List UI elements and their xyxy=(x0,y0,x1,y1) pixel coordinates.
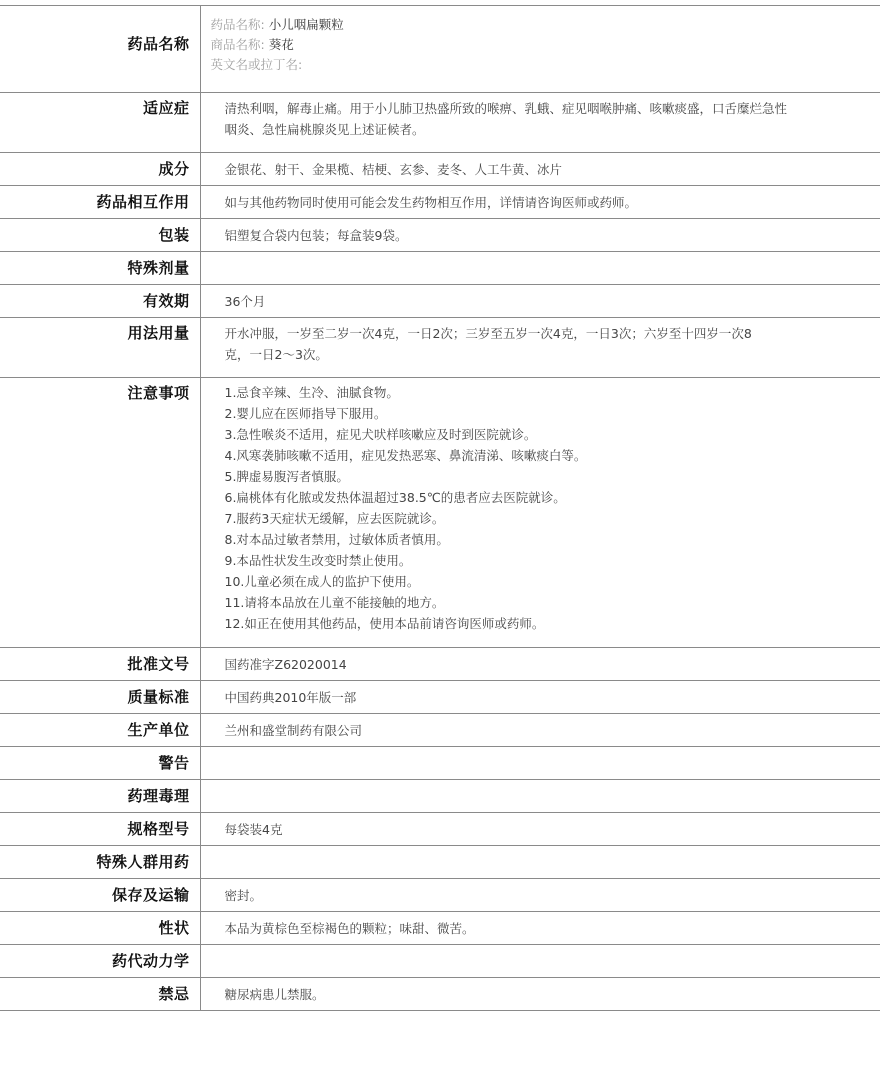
value-interactions: 如与其他药物同时使用可能会发生药物相互作用，详情请咨询医师或药师。 xyxy=(200,186,880,219)
label-indications: 适应症 xyxy=(0,93,200,153)
label-shelf-life: 有效期 xyxy=(0,285,200,318)
label-pharmacology-toxicology: 药理毒理 xyxy=(0,780,200,813)
label-ingredients: 成分 xyxy=(0,153,200,186)
trade-name-value: 葵花 xyxy=(269,37,294,52)
value-ingredients: 金银花、射干、金果榄、桔梗、玄参、麦冬、人工牛黄、冰片 xyxy=(200,153,880,186)
precaution-item: 11.请将本品放在儿童不能接触的地方。 xyxy=(225,592,791,613)
row-description: 性状 本品为黄棕色至棕褐色的颗粒；味甜、微苦。 xyxy=(0,912,880,945)
row-special-populations: 特殊人群用药 xyxy=(0,846,880,879)
row-approval-number: 批准文号 国药准字Z62020014 xyxy=(0,648,880,681)
english-name-key: 英文名或拉丁名: xyxy=(211,57,303,72)
precaution-item: 2.婴儿应在医师指导下服用。 xyxy=(225,403,791,424)
row-contraindications: 禁忌 糖尿病患儿禁服。 xyxy=(0,978,880,1011)
value-approval-number: 国药准字Z62020014 xyxy=(200,648,880,681)
precaution-item: 4.风寒袭肺咳嗽不适用，症见发热恶寒、鼻流清涕、咳嗽痰白等。 xyxy=(225,445,791,466)
value-description: 本品为黄棕色至棕褐色的颗粒；味甜、微苦。 xyxy=(200,912,880,945)
drug-spec-table: 药品名称 药品名称: 小儿咽扁颗粒 商品名称: 葵花 英文名或拉丁名: 适应症 … xyxy=(0,5,880,1011)
row-shelf-life: 有效期 36个月 xyxy=(0,285,880,318)
label-approval-number: 批准文号 xyxy=(0,648,200,681)
row-pharmacology-toxicology: 药理毒理 xyxy=(0,780,880,813)
precaution-item: 12.如正在使用其他药品，使用本品前请咨询医师或药师。 xyxy=(225,613,791,634)
value-manufacturer: 兰州和盛堂制药有限公司 xyxy=(200,714,880,747)
value-packaging: 铝塑复合袋内包装；每盒装9袋。 xyxy=(200,219,880,252)
precaution-item: 6.扁桃体有化脓或发热体温超过38.5℃的患者应去医院就诊。 xyxy=(225,487,791,508)
value-special-populations xyxy=(200,846,880,879)
value-specification: 每袋装4克 xyxy=(200,813,880,846)
precaution-item: 9.本品性状发生改变时禁止使用。 xyxy=(225,550,791,571)
precaution-item: 7.服药3天症状无缓解，应去医院就诊。 xyxy=(225,508,791,529)
value-warning xyxy=(200,747,880,780)
label-description: 性状 xyxy=(0,912,200,945)
label-drug-name: 药品名称 xyxy=(0,6,200,93)
value-drug-name: 药品名称: 小儿咽扁颗粒 商品名称: 葵花 英文名或拉丁名: xyxy=(200,6,880,93)
value-shelf-life: 36个月 xyxy=(200,285,880,318)
label-specification: 规格型号 xyxy=(0,813,200,846)
generic-name-key: 药品名称: xyxy=(211,17,265,32)
row-quality-standard: 质量标准 中国药典2010年版一部 xyxy=(0,681,880,714)
row-precautions: 注意事项 1.忌食辛辣、生冷、油腻食物。 2.婴儿应在医师指导下服用。 3.急性… xyxy=(0,378,880,648)
precautions-list: 1.忌食辛辣、生冷、油腻食物。 2.婴儿应在医师指导下服用。 3.急性喉炎不适用… xyxy=(225,382,791,634)
generic-name-line: 药品名称: 小儿咽扁颗粒 xyxy=(211,15,791,35)
label-contraindications: 禁忌 xyxy=(0,978,200,1011)
value-pharmacokinetics xyxy=(200,945,880,978)
row-interactions: 药品相互作用 如与其他药物同时使用可能会发生药物相互作用，详情请咨询医师或药师。 xyxy=(0,186,880,219)
precaution-item: 3.急性喉炎不适用，症见犬吠样咳嗽应及时到医院就诊。 xyxy=(225,424,791,445)
row-ingredients: 成分 金银花、射干、金果榄、桔梗、玄参、麦冬、人工牛黄、冰片 xyxy=(0,153,880,186)
trade-name-line: 商品名称: 葵花 xyxy=(211,35,791,55)
row-special-dosage: 特殊剂量 xyxy=(0,252,880,285)
value-storage-transport: 密封。 xyxy=(200,879,880,912)
value-contraindications: 糖尿病患儿禁服。 xyxy=(200,978,880,1011)
row-indications: 适应症 清热利咽，解毒止痛。用于小儿肺卫热盛所致的喉痹、乳蛾、症见咽喉肿痛、咳嗽… xyxy=(0,93,880,153)
value-indications: 清热利咽，解毒止痛。用于小儿肺卫热盛所致的喉痹、乳蛾、症见咽喉肿痛、咳嗽痰盛，口… xyxy=(200,93,880,153)
english-name-line: 英文名或拉丁名: xyxy=(211,55,791,75)
label-packaging: 包装 xyxy=(0,219,200,252)
label-interactions: 药品相互作用 xyxy=(0,186,200,219)
label-dosage: 用法用量 xyxy=(0,318,200,378)
row-manufacturer: 生产单位 兰州和盛堂制药有限公司 xyxy=(0,714,880,747)
row-packaging: 包装 铝塑复合袋内包装；每盒装9袋。 xyxy=(0,219,880,252)
label-manufacturer: 生产单位 xyxy=(0,714,200,747)
precaution-item: 1.忌食辛辣、生冷、油腻食物。 xyxy=(225,382,791,403)
label-precautions: 注意事项 xyxy=(0,378,200,648)
precaution-item: 5.脾虚易腹泻者慎服。 xyxy=(225,466,791,487)
row-specification: 规格型号 每袋装4克 xyxy=(0,813,880,846)
precaution-item: 10.儿童必须在成人的监护下使用。 xyxy=(225,571,791,592)
label-pharmacokinetics: 药代动力学 xyxy=(0,945,200,978)
label-special-dosage: 特殊剂量 xyxy=(0,252,200,285)
value-quality-standard: 中国药典2010年版一部 xyxy=(200,681,880,714)
label-special-populations: 特殊人群用药 xyxy=(0,846,200,879)
trade-name-key: 商品名称: xyxy=(211,37,265,52)
value-pharmacology-toxicology xyxy=(200,780,880,813)
label-warning: 警告 xyxy=(0,747,200,780)
precaution-item: 8.对本品过敏者禁用，过敏体质者慎用。 xyxy=(225,529,791,550)
row-warning: 警告 xyxy=(0,747,880,780)
value-dosage: 开水冲服，一岁至二岁一次4克，一日2次；三岁至五岁一次4克，一日3次；六岁至十四… xyxy=(200,318,880,378)
row-pharmacokinetics: 药代动力学 xyxy=(0,945,880,978)
value-special-dosage xyxy=(200,252,880,285)
row-drug-name: 药品名称 药品名称: 小儿咽扁颗粒 商品名称: 葵花 英文名或拉丁名: xyxy=(0,6,880,93)
row-storage-transport: 保存及运输 密封。 xyxy=(0,879,880,912)
label-storage-transport: 保存及运输 xyxy=(0,879,200,912)
generic-name-value: 小儿咽扁颗粒 xyxy=(269,17,344,32)
row-dosage: 用法用量 开水冲服，一岁至二岁一次4克，一日2次；三岁至五岁一次4克，一日3次；… xyxy=(0,318,880,378)
label-quality-standard: 质量标准 xyxy=(0,681,200,714)
value-precautions: 1.忌食辛辣、生冷、油腻食物。 2.婴儿应在医师指导下服用。 3.急性喉炎不适用… xyxy=(200,378,880,648)
